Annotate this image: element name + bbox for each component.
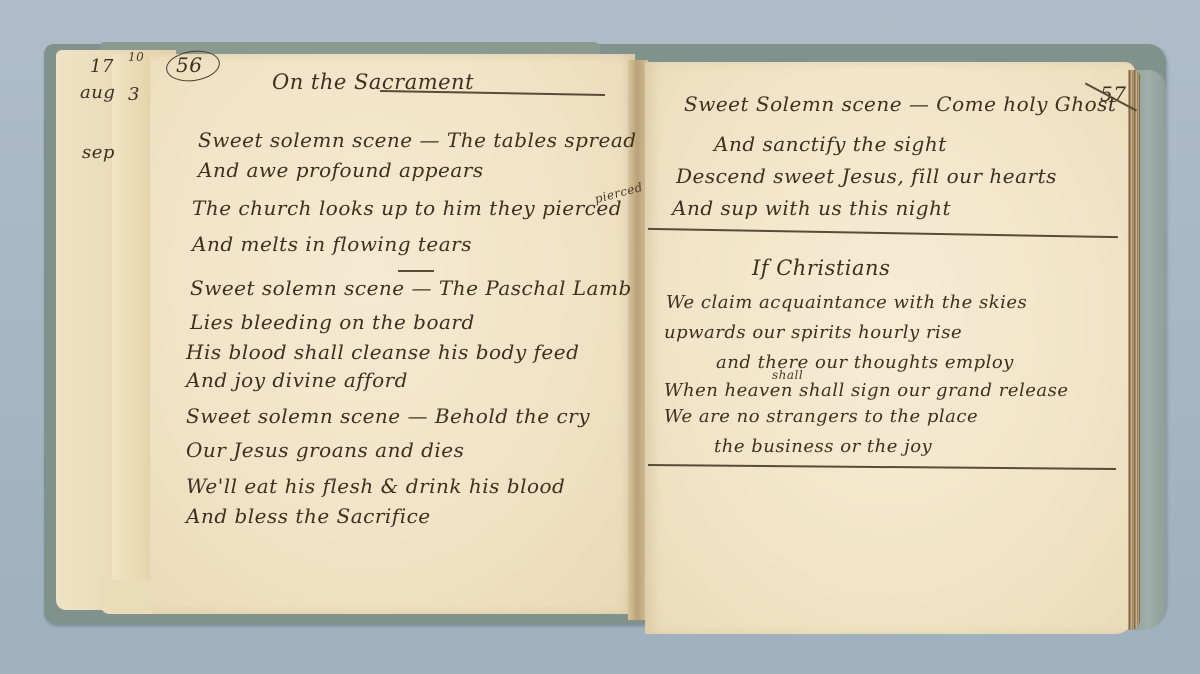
left-page-number: 56 xyxy=(176,53,202,77)
margin-mark-aug: aug xyxy=(80,82,115,103)
verse-2-line-4: And joy divine afford xyxy=(186,368,408,392)
hymn-line-1: We claim acquaintance with the skies xyxy=(666,292,1027,313)
margin-mark-sep: sep xyxy=(82,142,115,163)
tab-number: 3 xyxy=(128,84,140,105)
verse-2-line-2: Lies bleeding on the board xyxy=(190,310,475,334)
right-page-edges xyxy=(1128,70,1140,630)
verse-3-line-2: Our Jesus groans and dies xyxy=(186,438,464,462)
continuation-line-4: And sup with us this night xyxy=(672,196,951,220)
verse-3-line-4: And bless the Sacrifice xyxy=(186,504,431,528)
verse-1-line-2: And awe profound appears xyxy=(198,158,484,182)
verse-3-line-1: Sweet solemn scene — Behold the cry xyxy=(186,404,590,428)
tab-top-number: 10 xyxy=(128,50,144,64)
margin-mark-17: 17 xyxy=(90,56,114,77)
hymn-line-2: upwards our spirits hourly rise xyxy=(664,322,962,343)
verse-1-line-3: The church looks up to him they pierced xyxy=(192,196,622,220)
verse-3-line-3: We'll eat his flesh & drink his blood xyxy=(186,474,565,498)
right-page-title: If Christians xyxy=(752,256,890,280)
hymn-line-5: We are no strangers to the place xyxy=(664,406,978,427)
hymn-line-3: and there our thoughts employ xyxy=(716,352,1014,373)
stanza-divider xyxy=(398,270,434,272)
verse-2-line-1: Sweet solemn scene — The Paschal Lamb xyxy=(190,276,632,300)
verse-1-line-4: And melts in flowing tears xyxy=(192,232,472,256)
hymn-line-4: When heaven shall sign our grand release xyxy=(664,380,1069,401)
continuation-line-1: Sweet Solemn scene — Come holy Ghost xyxy=(684,92,1116,116)
verse-1-line-1: Sweet solemn scene — The tables spread xyxy=(198,128,637,152)
continuation-line-2: And sanctify the sight xyxy=(714,132,947,156)
continuation-line-3: Descend sweet Jesus, fill our hearts xyxy=(676,164,1057,188)
verse-2-line-3: His blood shall cleanse his body feed xyxy=(186,340,579,364)
hymn-line-6: the business or the joy xyxy=(714,436,932,457)
